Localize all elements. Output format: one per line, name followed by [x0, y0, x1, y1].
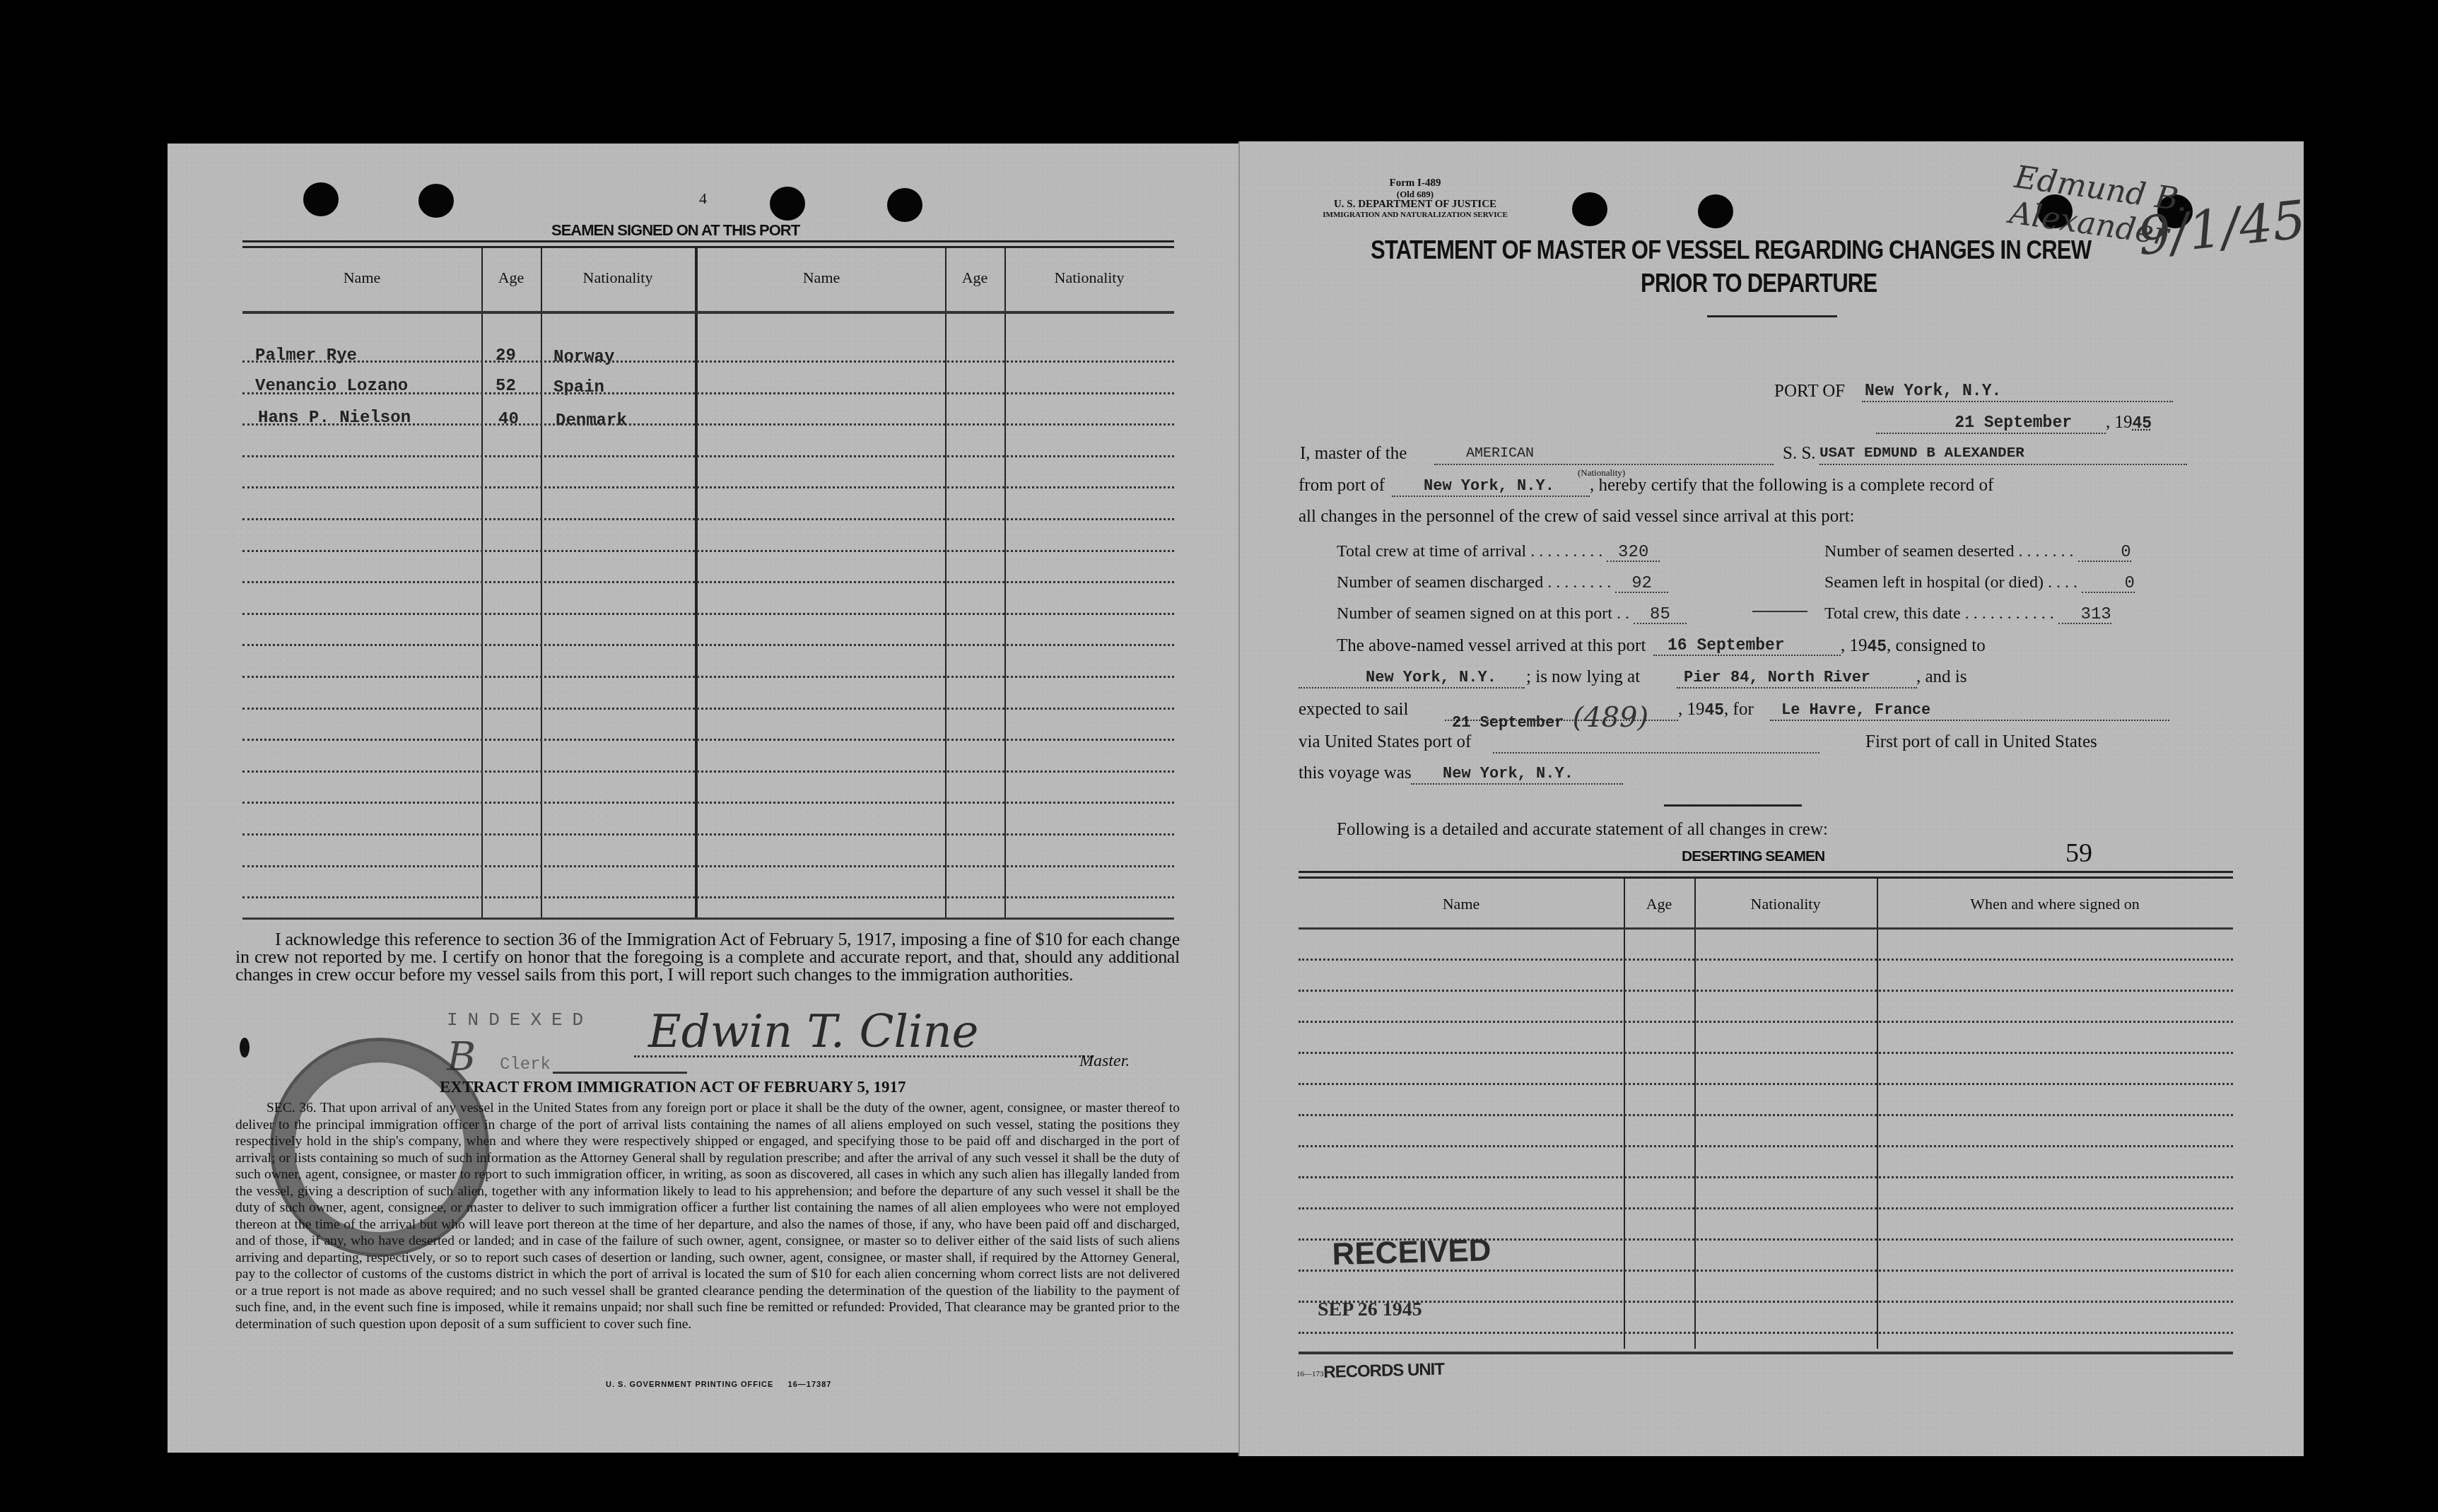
- punch-hole-4: [887, 188, 922, 222]
- nationality-field: AMERICAN: [1434, 445, 1774, 465]
- stat-hospital: Seamen left in hospital (or died) . . . …: [1824, 567, 2135, 598]
- destination-field: Le Havre, France: [1770, 701, 2169, 721]
- year-value: 45: [2133, 414, 2152, 433]
- certify-text: , hereby certify that the following is a…: [1590, 476, 1993, 496]
- table-bottom-rule: [242, 918, 1174, 920]
- header-when-where: When and where signed on: [1877, 895, 2233, 913]
- row-line: [242, 455, 1174, 457]
- deserting-title: DESERTING SEAMEN: [1682, 848, 1824, 865]
- received-stamp: RECEIVED: [1332, 1233, 1491, 1272]
- seaman-nationality: Norway: [553, 348, 614, 367]
- stat-value: 0: [2078, 545, 2131, 562]
- port-label: PORT OF: [1774, 382, 1845, 402]
- right-page: Form I-489 (Old 689) U. S. DEPARTMENT OF…: [1238, 141, 2304, 1456]
- extract-body: SEC. 36. That upon arrival of any vessel…: [235, 1100, 1180, 1332]
- records-unit-stamp: RECORDS UNIT: [1323, 1360, 1444, 1383]
- voyage-value: New York, N.Y.: [1443, 765, 1573, 783]
- header-name-2: Name: [698, 269, 945, 287]
- row-line: [1299, 1301, 2233, 1303]
- row-line: [242, 708, 1174, 710]
- stat-value: 320: [1607, 545, 1660, 562]
- master-line: [634, 1055, 1094, 1057]
- stat-total-date: Total crew, this date . . . . . . . . . …: [1824, 598, 2111, 629]
- via-field: [1493, 734, 1819, 754]
- row-line: [242, 581, 1174, 583]
- table-bottom-rule: [1299, 1352, 2233, 1354]
- left-page: 4 SEAMEN SIGNED ON AT THIS PORT Name Age…: [168, 143, 1238, 1453]
- header-nationality: Nationality: [1694, 895, 1877, 913]
- row-line: [242, 518, 1174, 520]
- vessel-name: USAT EDMUND B ALEXANDER: [1819, 445, 2024, 462]
- header-name: Name: [1299, 895, 1624, 913]
- stat-value: 0: [2082, 576, 2135, 593]
- and-is-label: , and is: [1916, 667, 1967, 687]
- header-age: Age: [481, 269, 541, 287]
- port-field: New York, N.Y.: [1862, 382, 2173, 402]
- sail-field: 21 September (489): [1445, 701, 1678, 721]
- arrived-label: The above-named vessel arrived at this p…: [1337, 636, 1646, 656]
- first-port-label: First port of call in United States: [1865, 732, 2097, 752]
- form-title-line1: STATEMENT OF MASTER OF VESSEL REGARDING …: [1371, 235, 2091, 265]
- arrived-year: , 1945, consigned to: [1841, 636, 1986, 656]
- acknowledgment-text: I acknowledge this reference to section …: [235, 930, 1180, 983]
- row-line: [242, 676, 1174, 678]
- punch-hole-5: [1572, 192, 1607, 226]
- lying-value: Pier 84, North River: [1684, 669, 1870, 686]
- row-line: [242, 865, 1174, 867]
- stat-label: Total crew, this date . . . . . . . . . …: [1824, 604, 2054, 623]
- row-line: [242, 613, 1174, 615]
- stat-label: Number of seamen signed on at this port …: [1337, 604, 1629, 623]
- from-port-value: New York, N.Y.: [1424, 477, 1554, 495]
- ss-label: S. S.: [1783, 444, 1816, 464]
- seaman-nationality: Denmark: [556, 411, 627, 430]
- row-line: [242, 486, 1174, 488]
- stat-discharged: Number of seamen discharged . . . . . . …: [1337, 567, 1668, 598]
- header-rule: [242, 311, 1174, 314]
- form-old: (Old 689): [1309, 189, 1521, 199]
- clerk-line: [553, 1072, 687, 1074]
- form-code: 16—173: [1296, 1370, 1324, 1378]
- page-count: 59: [2065, 838, 2092, 869]
- punch-hole-1: [303, 182, 339, 216]
- stat-label: Total crew at time of arrival . . . . . …: [1337, 542, 1602, 561]
- row-line: [1299, 1207, 2233, 1209]
- header-nationality-2: Nationality: [1004, 269, 1174, 287]
- stat-label: Number of seamen deserted . . . . . . .: [1824, 542, 2074, 561]
- consigned-value: New York, N.Y.: [1366, 669, 1496, 686]
- consigned-label: , consigned to: [1887, 636, 1986, 655]
- row-line: [1299, 1052, 2233, 1054]
- row-line: [242, 392, 1174, 394]
- year-value: 45: [1705, 701, 1725, 720]
- row-line: [1299, 959, 2233, 961]
- service: IMMIGRATION AND NATURALIZATION SERVICE: [1309, 210, 1521, 221]
- punch-hole-2: [418, 184, 454, 218]
- row-line: [1299, 1270, 2233, 1272]
- row-line: [1299, 990, 2233, 992]
- page-number: 4: [699, 189, 707, 208]
- vessel-name-field: USAT EDMUND B ALEXANDER: [1819, 445, 2187, 465]
- form-header: Form I-489 (Old 689) U. S. DEPARTMENT OF…: [1309, 178, 1521, 221]
- section-title: SEAMEN SIGNED ON AT THIS PORT: [551, 221, 799, 240]
- clerk-label: Clerk: [500, 1055, 551, 1074]
- year-value: 45: [1868, 638, 1887, 656]
- stat-total-arrival: Total crew at time of arrival . . . . . …: [1337, 536, 1660, 567]
- certify-text-2: all changes in the personnel of the crew…: [1299, 507, 1855, 527]
- stat-value: 92: [1615, 576, 1668, 593]
- indexed-stamp: INDEXED: [447, 1009, 593, 1031]
- date-value: 21 September: [1954, 414, 2072, 432]
- header-nationality: Nationality: [541, 269, 695, 287]
- arrived-value: 16 September: [1668, 636, 1785, 655]
- row-line: [242, 896, 1174, 898]
- stat-deserted: Number of seamen deserted . . . . . . . …: [1824, 536, 2131, 567]
- via-label: via United States port of: [1299, 732, 1471, 752]
- year-prefix: , 19: [2106, 413, 2133, 432]
- seaman-nationality: Spain: [553, 378, 604, 397]
- lying-label: ; is now lying at: [1526, 667, 1640, 687]
- row-line: [1299, 1083, 2233, 1085]
- punch-hole-3: [770, 187, 805, 221]
- row-line: [242, 423, 1174, 426]
- sail-label: expected to sail: [1299, 700, 1409, 720]
- sail-handwritten-note: (489): [1572, 701, 1648, 734]
- lying-field: Pier 84, North River: [1677, 669, 1917, 688]
- following-text: Following is a detailed and accurate sta…: [1337, 820, 1828, 840]
- extract-text: SEC. 36. That upon arrival of any vessel…: [235, 1100, 1180, 1332]
- master-signature: Edwin T. Cline: [648, 1006, 978, 1058]
- received-date-stamp: SEP 26 1945: [1318, 1299, 1422, 1321]
- destination-value: Le Havre, France: [1781, 701, 1930, 719]
- header-age-2: Age: [945, 269, 1004, 287]
- stat-label: Seamen left in hospital (or died) . . . …: [1824, 573, 2077, 592]
- form-title-line2: PRIOR TO DEPARTURE: [1641, 269, 1877, 298]
- row-line: [1299, 1145, 2233, 1147]
- header-rule: [1299, 927, 2233, 930]
- consigned-field: New York, N.Y.: [1299, 669, 1525, 688]
- voyage-underline: [1664, 804, 1802, 807]
- stat-value: 85: [1634, 607, 1687, 624]
- table-top-rule: [1299, 871, 2233, 879]
- row-line: [242, 739, 1174, 741]
- for-label: , for: [1724, 700, 1754, 719]
- stat-value: 313: [2058, 607, 2111, 624]
- row-line: [1299, 1176, 2233, 1178]
- department: U. S. DEPARTMENT OF JUSTICE: [1309, 199, 1521, 210]
- form-number: Form I-489: [1309, 178, 1521, 189]
- table-top-rule: [242, 240, 1174, 248]
- printer-line: U. S. GOVERNMENT PRINTING OFFICE 16—1738…: [606, 1381, 831, 1389]
- date-year: , 1945: [2106, 413, 2152, 433]
- date-field: 21 September: [1876, 414, 2106, 434]
- col-divider: [1877, 877, 1878, 1349]
- sail-value: 21 September: [1452, 714, 1564, 732]
- from-port-field: New York, N.Y.: [1392, 477, 1590, 497]
- year-prefix: , 19: [1678, 700, 1705, 719]
- master-of-label: I, master of the: [1300, 444, 1407, 464]
- row-line: [242, 833, 1174, 836]
- row-line: [1299, 1114, 2233, 1116]
- title-underline: [1707, 315, 1837, 317]
- seaman-age: 40: [498, 410, 519, 429]
- punch-hole-6: [1698, 194, 1733, 228]
- port-value: New York, N.Y.: [1865, 382, 2001, 400]
- row-line: [242, 550, 1174, 552]
- from-port-label: from port of: [1299, 476, 1385, 496]
- stats-underline: [1752, 611, 1807, 612]
- stat-signed-on: Number of seamen signed on at this port …: [1337, 598, 1687, 629]
- stat-label: Number of seamen discharged . . . . . . …: [1337, 573, 1611, 592]
- nationality-value: AMERICAN: [1466, 445, 1534, 462]
- voyage-field: New York, N.Y.: [1411, 765, 1623, 785]
- row-line: [242, 770, 1174, 773]
- row-line: [1299, 1332, 2233, 1334]
- row-line: [1299, 1021, 2233, 1023]
- extract-title: EXTRACT FROM IMMIGRATION ACT OF FEBRUARY…: [440, 1078, 906, 1096]
- arrived-field: 16 September: [1653, 636, 1841, 656]
- col-divider: [1624, 877, 1625, 1349]
- header-name: Name: [242, 269, 481, 287]
- sail-year: , 1945, for: [1678, 700, 1754, 720]
- signed-on-table: Name Age Nationality Name Age Nationalit…: [242, 240, 1174, 923]
- master-label: Master.: [1079, 1052, 1130, 1071]
- ink-blot: [240, 1038, 250, 1057]
- header-age: Age: [1624, 895, 1694, 913]
- voyage-label: this voyage was: [1299, 763, 1412, 783]
- year-prefix: , 19: [1841, 636, 1868, 655]
- row-line: [242, 644, 1174, 646]
- row-line: [242, 802, 1174, 804]
- col-divider: [1694, 877, 1696, 1349]
- deserting-table: Name Age Nationality When and where sign…: [1299, 871, 2233, 1354]
- row-line: [242, 361, 1174, 363]
